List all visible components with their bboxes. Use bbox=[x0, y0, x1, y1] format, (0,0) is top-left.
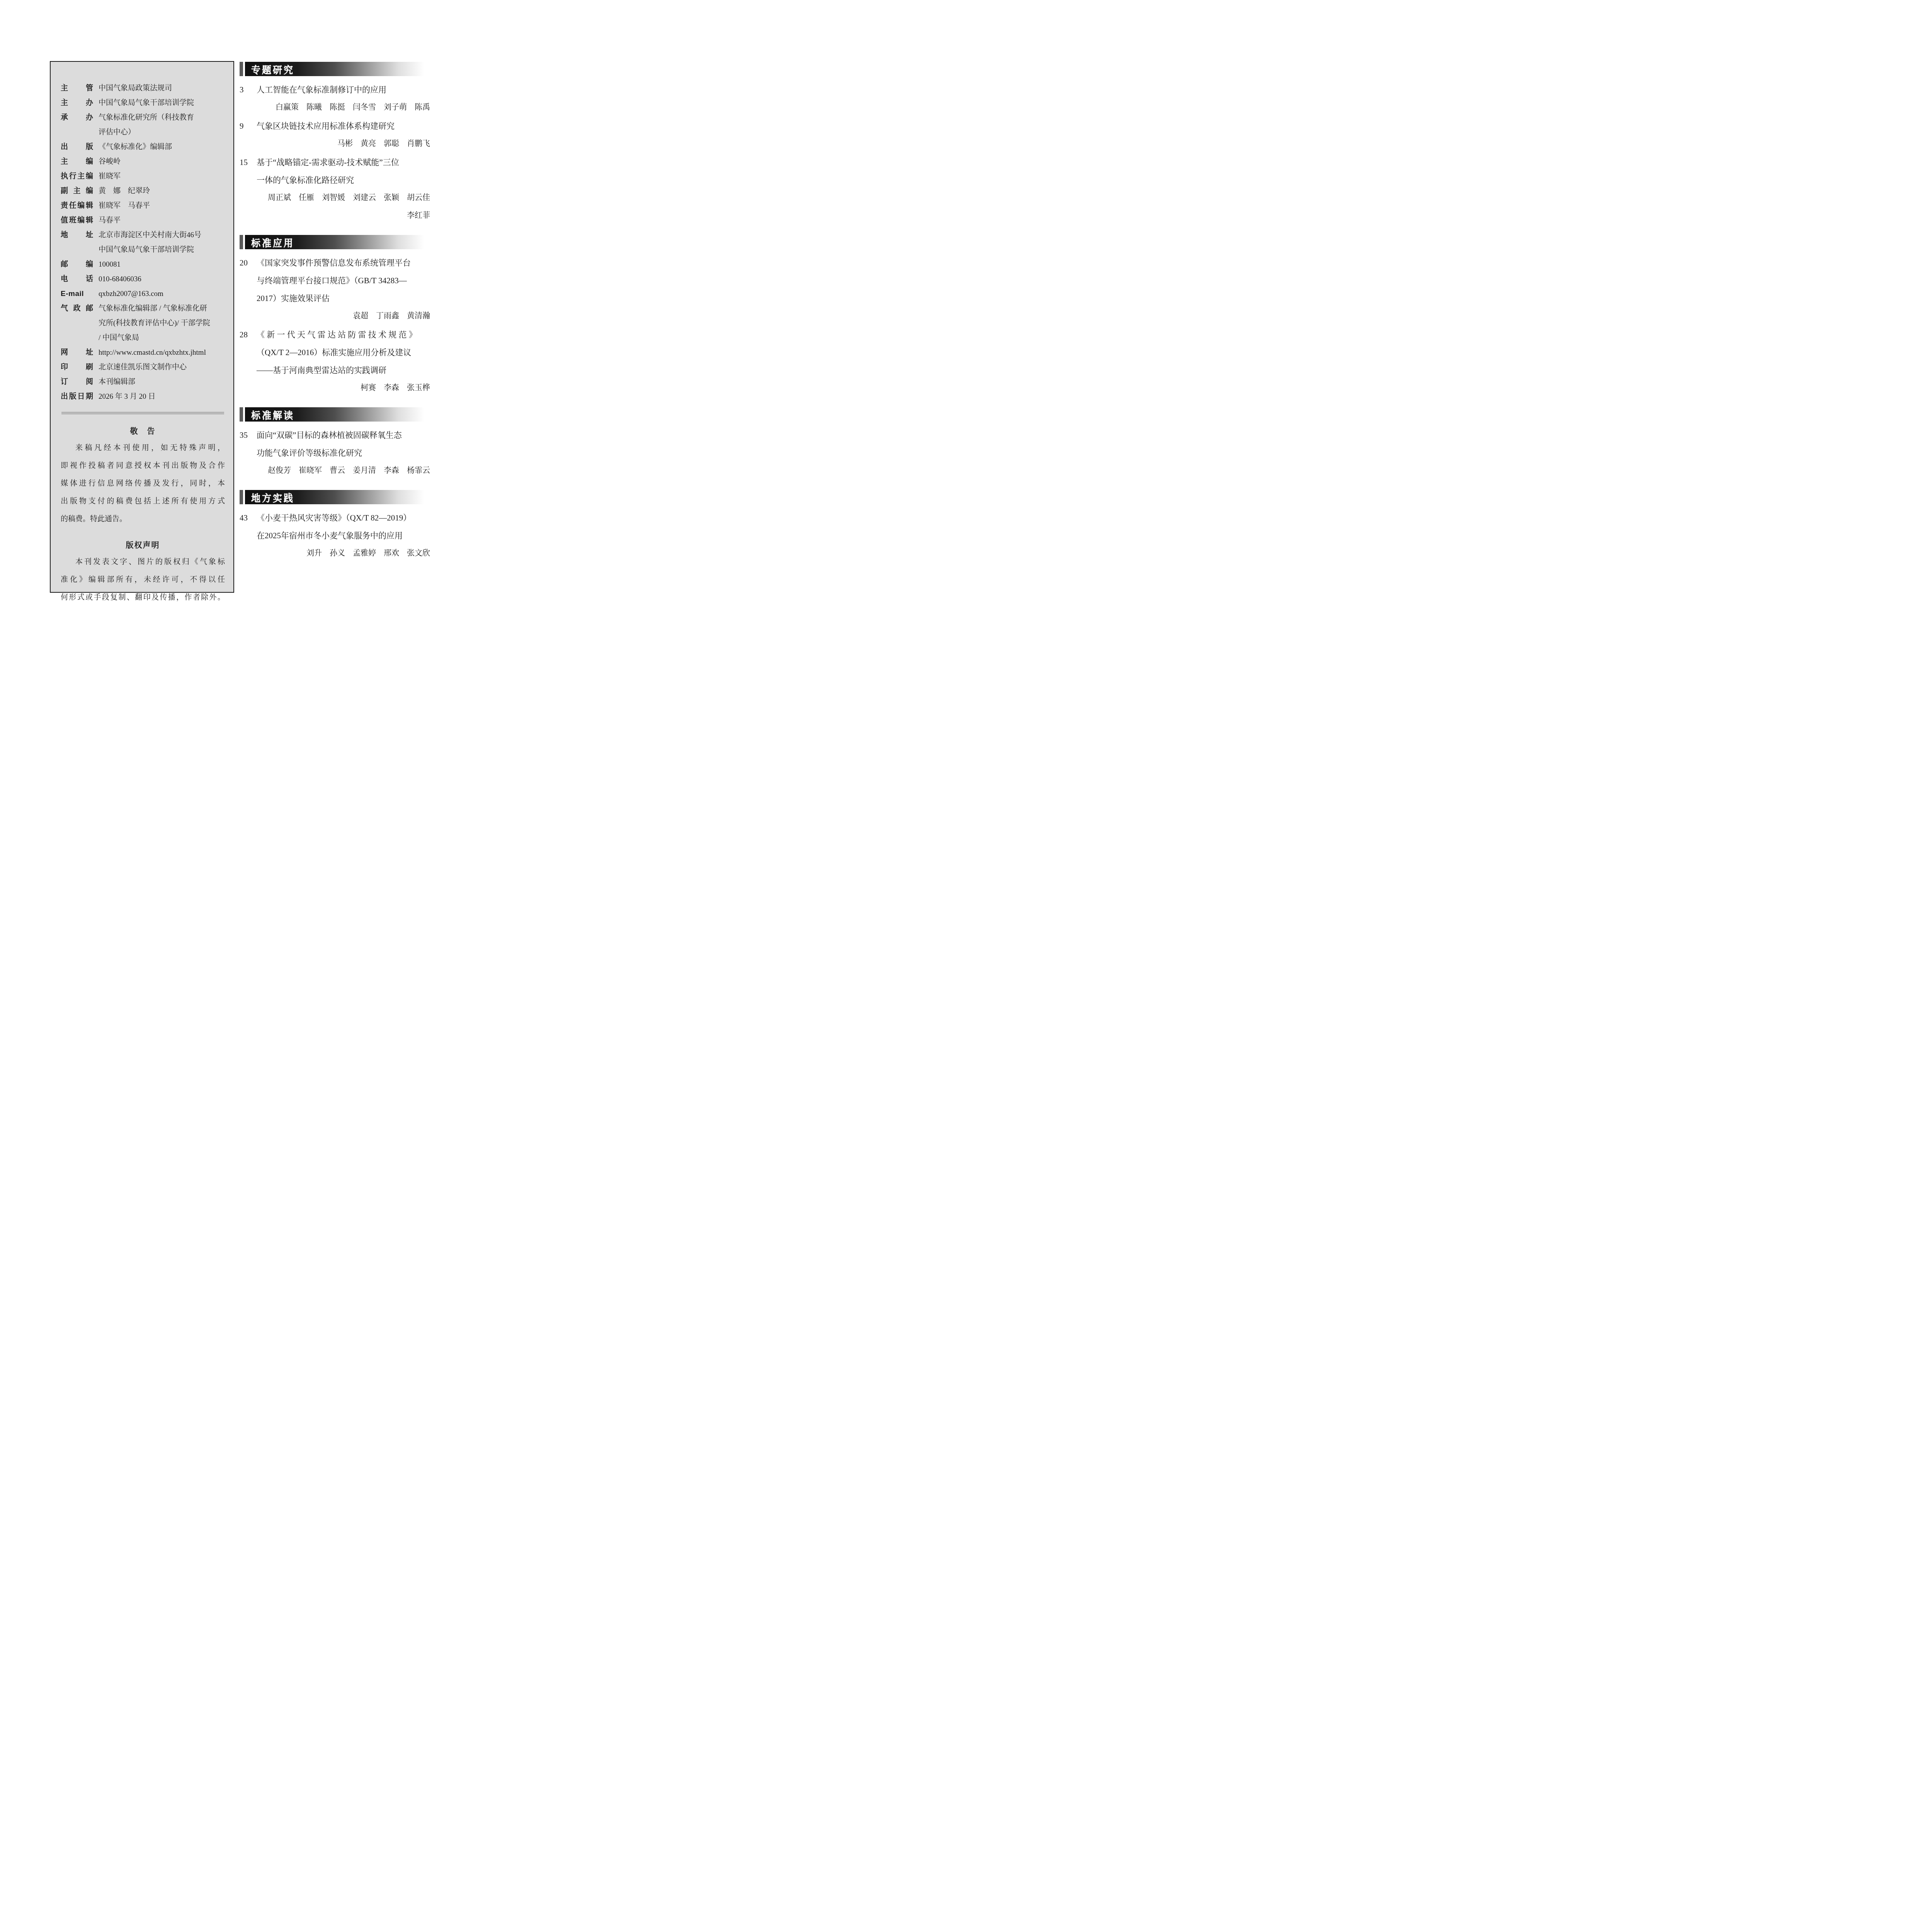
paragraph-line: 出版物支付的稿费包括上述所有使用方式 bbox=[61, 493, 225, 510]
notice-paragraph: 来稿凡经本刊使用，如无特殊声明，即视作投稿者同意授权本刊出版物及合作媒体进行信息… bbox=[61, 439, 225, 528]
masthead-row: 电话 010-68406036 bbox=[61, 272, 225, 287]
toc-entry: 35 面向“双碳”目标的森林植被固碳释氧生态 功能气象评价等级标准化研究 bbox=[240, 426, 432, 462]
toc-authors-line: 柯赛 李森 张玉桦 bbox=[240, 379, 432, 397]
paragraph-line: 本刊发表文字、图片的版权归《气象标 bbox=[61, 553, 225, 571]
section-bar-body: 地方实践 bbox=[245, 490, 432, 504]
paragraph-line: 即视作投稿者同意授权本刊出版物及合作 bbox=[61, 457, 225, 475]
masthead-label: 主办 bbox=[61, 96, 93, 111]
masthead-label: 值班编辑 bbox=[61, 213, 93, 228]
masthead-value: 100081 bbox=[99, 257, 225, 272]
toc-page-number: 20 bbox=[240, 254, 257, 307]
masthead-value: 北京市海淀区中关村南大街46号 中国气象局气象干部培训学院 bbox=[99, 228, 225, 257]
masthead-value: 马春平 bbox=[99, 213, 225, 228]
toc-entry: 15 基于“战略锚定-需求驱动-技术赋能”三位 一体的气象标准化路径研究 bbox=[240, 153, 432, 189]
section-title: 地方实践 bbox=[251, 490, 294, 504]
toc-entry-title: 面向“双碳”目标的森林植被固碳释氧生态 功能气象评价等级标准化研究 bbox=[257, 426, 432, 462]
paragraph-line: 媒体进行信息网络传播及发行，同时，本 bbox=[61, 475, 225, 493]
masthead-row: E-mail qxbzh2007@163.com bbox=[61, 287, 225, 301]
section-header-bar: 专题研究 bbox=[240, 62, 432, 76]
toc-entry-title: 人工智能在气象标准制修订中的应用 bbox=[257, 81, 432, 99]
section-bar-accent bbox=[240, 235, 243, 249]
toc-page-number: 28 bbox=[240, 326, 257, 379]
section-bar-body: 标准应用 bbox=[245, 235, 432, 249]
copyright-title: 版权声明 bbox=[61, 539, 225, 550]
toc-entry-title: 《国家突发事件预警信息发布系统管理平台 与终端管理平台接口规范》（GB/T 34… bbox=[257, 254, 432, 307]
masthead-row: 订阅 本刊编辑部 bbox=[61, 375, 225, 389]
section-bar-accent bbox=[240, 490, 243, 504]
masthead-label: 气政邮 bbox=[61, 301, 93, 345]
masthead-label: 出版日期 bbox=[61, 389, 93, 404]
toc-page-number: 35 bbox=[240, 426, 257, 462]
toc-authors-line: 赵俊芳 崔晓军 曹云 姜月清 李森 杨霏云 bbox=[240, 462, 432, 480]
notice-title: 敬 告 bbox=[61, 425, 225, 436]
toc-entry-title: 基于“战略锚定-需求驱动-技术赋能”三位 一体的气象标准化路径研究 bbox=[257, 153, 432, 189]
toc-entry: 9 气象区块链技术应用标准体系构建研究 bbox=[240, 117, 432, 135]
masthead-value: 谷峻岭 bbox=[99, 155, 225, 169]
toc-page-number: 15 bbox=[240, 153, 257, 189]
toc-entry: 20 《国家突发事件预警信息发布系统管理平台 与终端管理平台接口规范》（GB/T… bbox=[240, 254, 432, 307]
masthead-row: 网址 http://www.cmastd.cn/qxbzhtx.jhtml bbox=[61, 345, 225, 360]
masthead-row: 出版日期 2026 年 3 月 20 日 bbox=[61, 389, 225, 404]
section-title: 专题研究 bbox=[251, 62, 294, 76]
toc-authors-line: 刘升 孙义 孟雅婷 邢欢 张文欣 bbox=[240, 544, 432, 562]
masthead-label: 主编 bbox=[61, 155, 93, 169]
masthead-value: qxbzh2007@163.com bbox=[99, 287, 225, 301]
masthead-value: 中国气象局政策法规司 bbox=[99, 81, 225, 96]
journal-toc-page: 主管 中国气象局政策法规司 主办 中国气象局气象干部培训学院 承办 气象标准化研… bbox=[0, 0, 479, 650]
masthead-row: 主管 中国气象局政策法规司 bbox=[61, 81, 225, 96]
toc-column: 专题研究 3 人工智能在气象标准制修订中的应用 白赢策 陈曦 陈挺 闫冬雪 刘子… bbox=[240, 62, 432, 562]
toc-entry-title: 《 新 一 代 天 气 雷 达 站 防 雷 技 术 规 范 》 （QX/T 2—… bbox=[257, 326, 432, 379]
copyright-paragraph: 本刊发表文字、图片的版权归《气象标准化》编辑部所有，未经许可，不得以任何形式或手… bbox=[61, 553, 225, 607]
toc-page-number: 3 bbox=[240, 81, 257, 99]
masthead-label: 地址 bbox=[61, 228, 93, 257]
masthead-value: 010-68406036 bbox=[99, 272, 225, 287]
masthead-value: http://www.cmastd.cn/qxbzhtx.jhtml bbox=[99, 345, 225, 360]
section-bar-accent bbox=[240, 407, 243, 422]
toc-page-number: 43 bbox=[240, 509, 257, 544]
section-header-bar: 地方实践 bbox=[240, 490, 432, 504]
masthead-row: 副主编 黄 娜 纪翠玲 bbox=[61, 184, 225, 199]
masthead-row: 责任编辑 崔晓军 马春平 bbox=[61, 199, 225, 213]
masthead-row: 承办 气象标准化研究所（科技教育 评估中心） bbox=[61, 111, 225, 140]
masthead-label: 承办 bbox=[61, 111, 93, 140]
section-header-bar: 标准解读 bbox=[240, 407, 432, 422]
masthead-row: 地址 北京市海淀区中关村南大街46号 中国气象局气象干部培训学院 bbox=[61, 228, 225, 257]
masthead-value: 气象标准化研究所（科技教育 评估中心） bbox=[99, 111, 225, 140]
toc-page-number: 9 bbox=[240, 117, 257, 135]
section-header-bar: 标准应用 bbox=[240, 235, 432, 249]
masthead-label: 副主编 bbox=[61, 184, 93, 199]
toc-authors-line: 马彬 黄亮 郭聪 肖鹏飞 bbox=[240, 135, 432, 153]
masthead-label: 主管 bbox=[61, 81, 93, 96]
masthead-row: 邮编 100081 bbox=[61, 257, 225, 272]
masthead-rows: 主管 中国气象局政策法规司 主办 中国气象局气象干部培训学院 承办 气象标准化研… bbox=[61, 81, 225, 408]
masthead-row: 主办 中国气象局气象干部培训学院 bbox=[61, 96, 225, 111]
paragraph-line: 来稿凡经本刊使用，如无特殊声明， bbox=[61, 439, 225, 457]
toc-entry: 43 《小麦干热风灾害等级》（QX/T 82—2019） 在2025年宿州市冬小… bbox=[240, 509, 432, 544]
masthead-row: 印刷 北京速佳凯乐图文制作中心 bbox=[61, 360, 225, 375]
section-bar-body: 专题研究 bbox=[245, 62, 432, 76]
masthead-row: 出版 《气象标准化》编辑部 bbox=[61, 140, 225, 155]
toc-entry: 28 《 新 一 代 天 气 雷 达 站 防 雷 技 术 规 范 》 （QX/T… bbox=[240, 326, 432, 379]
masthead-row: 执行主编 崔晓军 bbox=[61, 169, 225, 184]
masthead-value: 本刊编辑部 bbox=[99, 375, 225, 389]
masthead-label: 出版 bbox=[61, 140, 93, 155]
masthead-label: 订阅 bbox=[61, 375, 93, 389]
masthead-label: 责任编辑 bbox=[61, 199, 93, 213]
masthead-value: 崔晓军 马春平 bbox=[99, 199, 225, 213]
masthead-label: 网址 bbox=[61, 345, 93, 360]
paragraph-line: 的稿费。特此通告。 bbox=[61, 510, 225, 528]
paragraph-line: 何形式或手段复制、翻印及传播，作者除外。 bbox=[61, 589, 225, 607]
masthead-label: 电话 bbox=[61, 272, 93, 287]
masthead-value: 《气象标准化》编辑部 bbox=[99, 140, 225, 155]
section-bar-accent bbox=[240, 62, 243, 76]
toc-entry: 3 人工智能在气象标准制修订中的应用 bbox=[240, 81, 432, 99]
masthead-value: 黄 娜 纪翠玲 bbox=[99, 184, 225, 199]
masthead-value: 中国气象局气象干部培训学院 bbox=[99, 96, 225, 111]
paragraph-line: 准化》编辑部所有，未经许可，不得以任 bbox=[61, 571, 225, 589]
section-title: 标准应用 bbox=[251, 235, 294, 249]
toc-entry-title: 《小麦干热风灾害等级》（QX/T 82—2019） 在2025年宿州市冬小麦气象… bbox=[257, 509, 432, 544]
toc-authors-line: 李红菲 bbox=[240, 207, 432, 224]
masthead-divider bbox=[61, 412, 224, 414]
masthead-row: 值班编辑 马春平 bbox=[61, 213, 225, 228]
masthead-label: 邮编 bbox=[61, 257, 93, 272]
masthead-value: 崔晓军 bbox=[99, 169, 225, 184]
toc-authors-line: 白赢策 陈曦 陈挺 闫冬雪 刘子萌 陈禹 bbox=[240, 99, 432, 116]
toc-authors-line: 袁超 丁雨鑫 黄清瀚 bbox=[240, 307, 432, 325]
section-title: 标准解读 bbox=[251, 407, 294, 422]
masthead-row: 主编 谷峻岭 bbox=[61, 155, 225, 169]
masthead-row: 气政邮 气象标准化编辑部 / 气象标准化研 究所(科技教育评估中心)/ 干部学院… bbox=[61, 301, 225, 345]
toc-authors-line: 周正斌 任雁 刘智媛 刘建云 张颖 胡云佳 bbox=[240, 189, 432, 207]
masthead-label: E-mail bbox=[61, 287, 93, 301]
section-bar-body: 标准解读 bbox=[245, 407, 432, 422]
masthead-box: 主管 中国气象局政策法规司 主办 中国气象局气象干部培训学院 承办 气象标准化研… bbox=[50, 61, 234, 593]
masthead-value: 2026 年 3 月 20 日 bbox=[99, 389, 225, 404]
masthead-label: 印刷 bbox=[61, 360, 93, 375]
masthead-value: 北京速佳凯乐图文制作中心 bbox=[99, 360, 225, 375]
masthead-label: 执行主编 bbox=[61, 169, 93, 184]
toc-entry-title: 气象区块链技术应用标准体系构建研究 bbox=[257, 117, 432, 135]
masthead-value: 气象标准化编辑部 / 气象标准化研 究所(科技教育评估中心)/ 干部学院 / 中… bbox=[99, 301, 225, 345]
